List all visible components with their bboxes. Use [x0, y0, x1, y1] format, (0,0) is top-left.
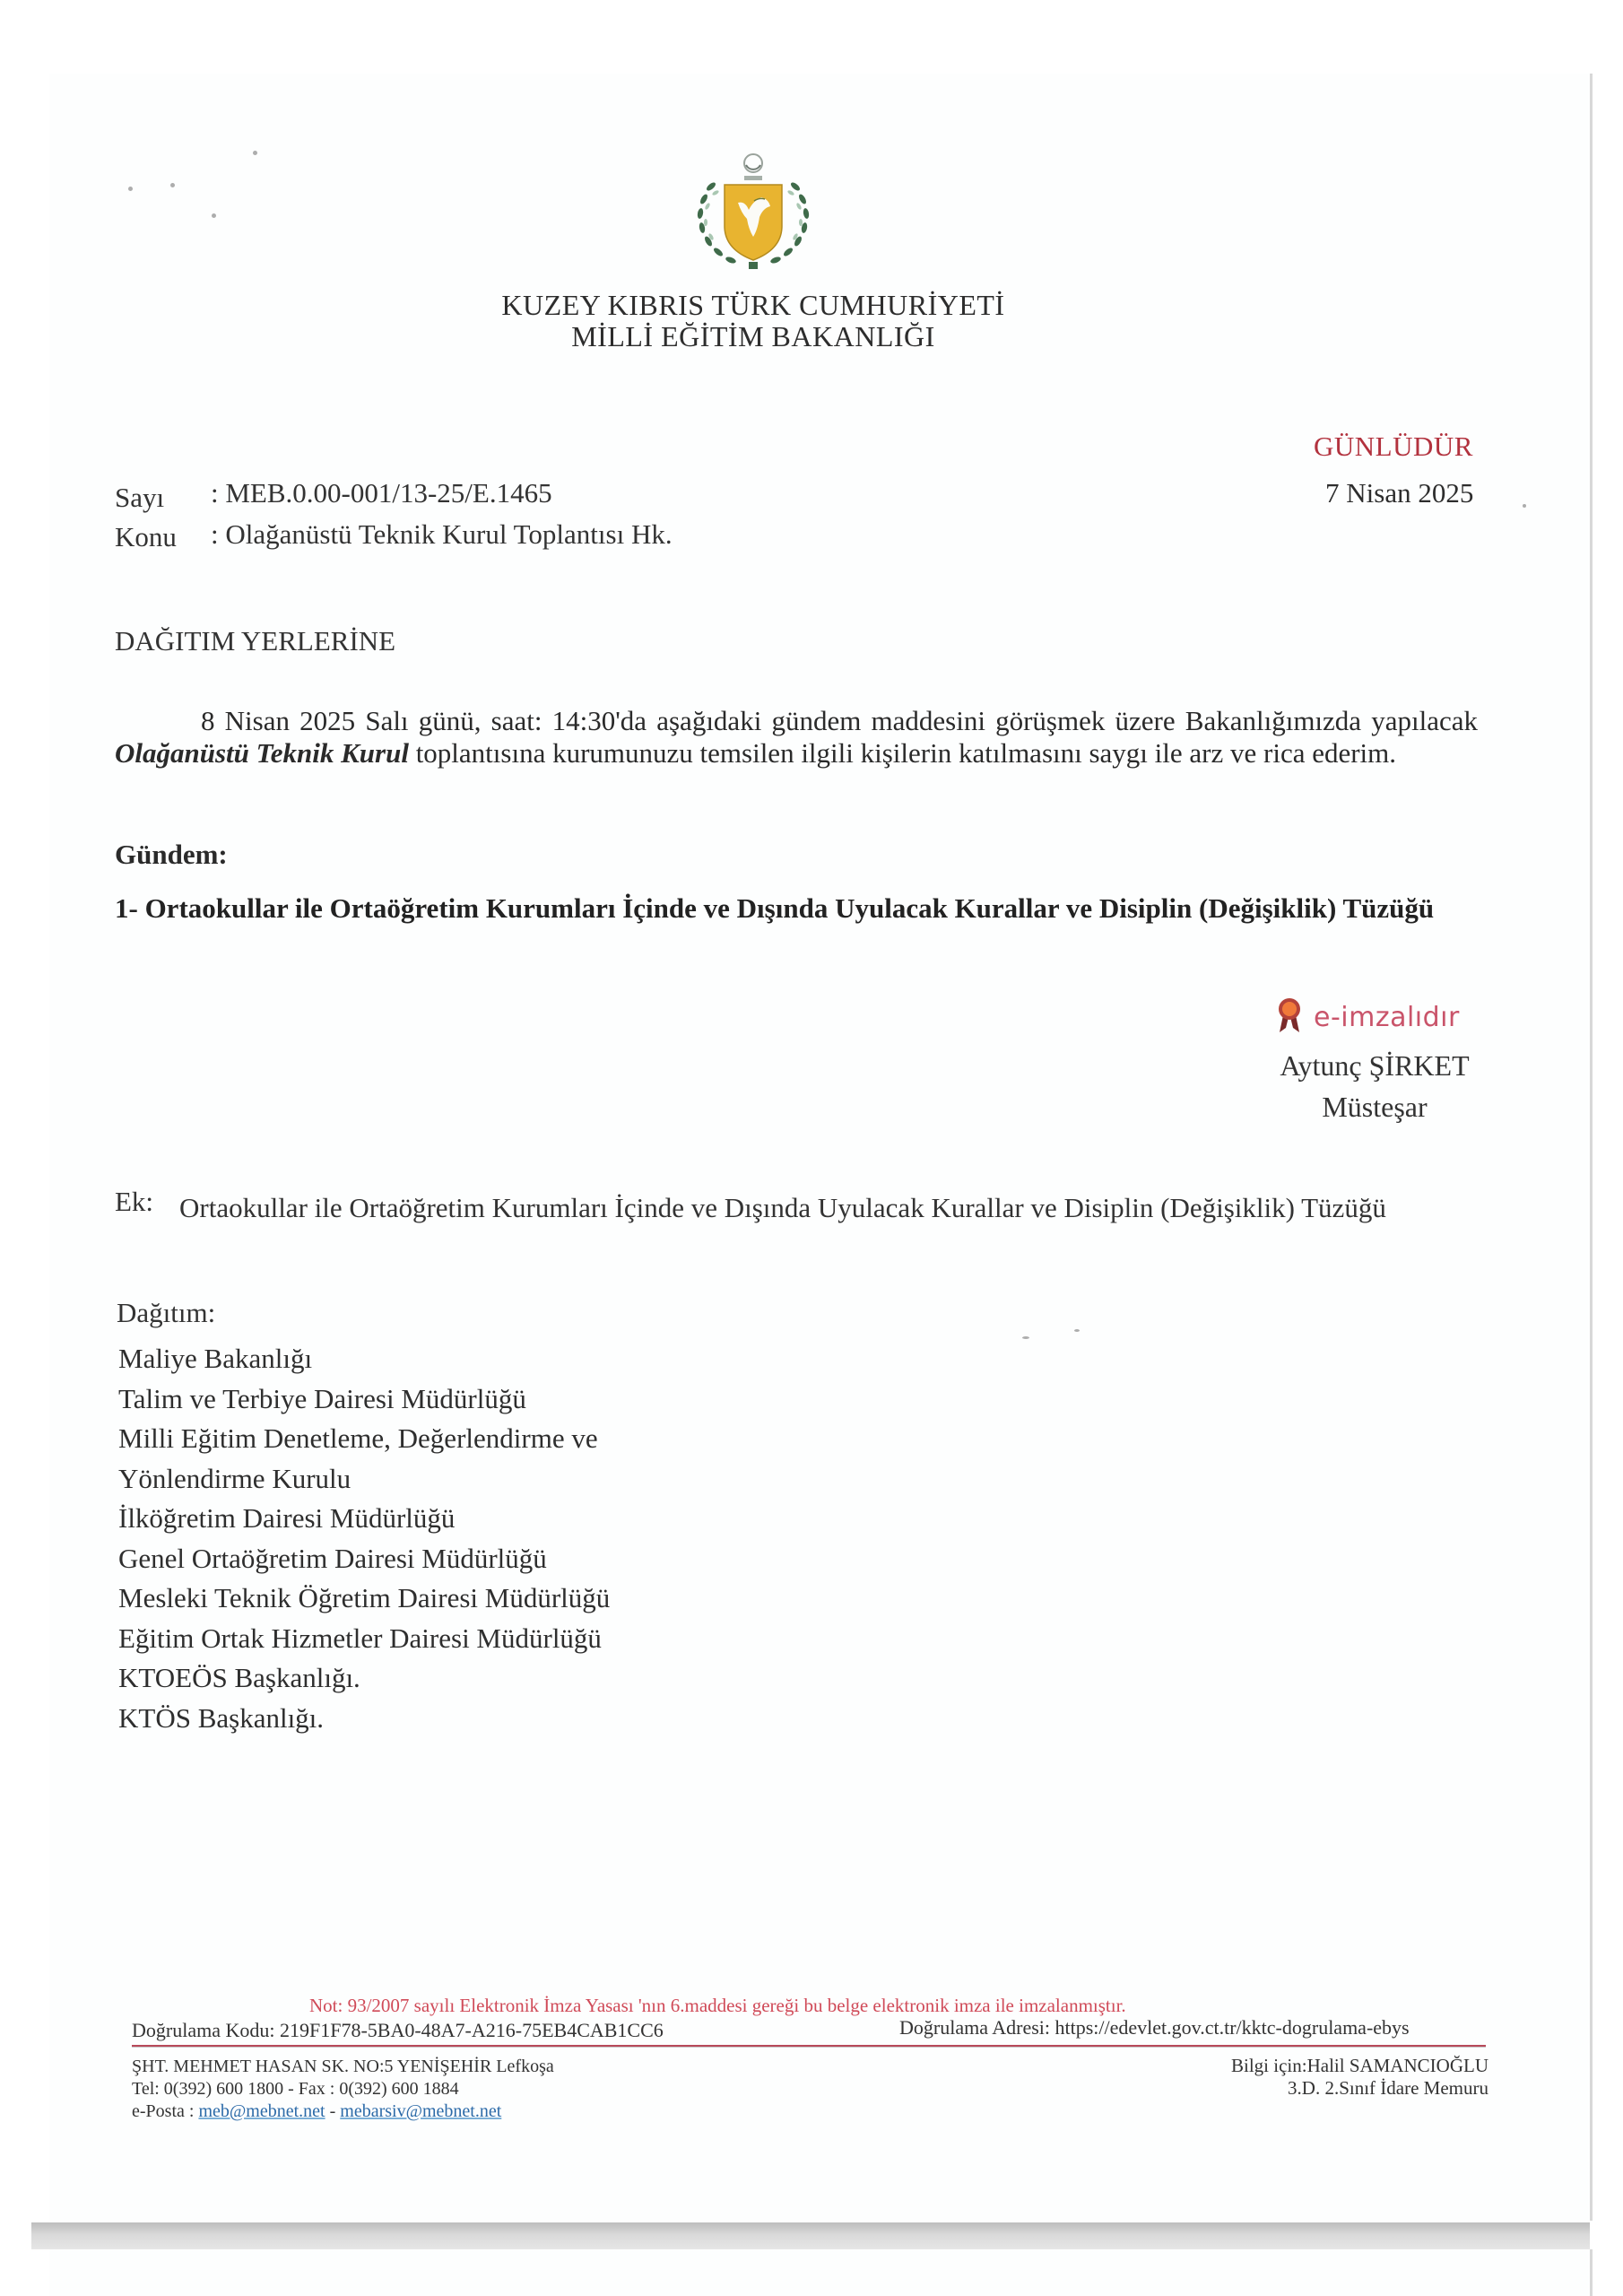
scan-speck [170, 183, 175, 187]
email-link-meb[interactable]: meb@mebnet.net [198, 2101, 325, 2121]
phone-fax: Tel: 0(392) 600 1800 - Fax : 0(392) 600 … [132, 2078, 554, 2100]
kktc-coat-of-arms-icon [686, 143, 820, 278]
agenda-heading: Gündem: [115, 839, 228, 871]
number-label: Sayı [115, 482, 164, 514]
document-subject: : Olağanüstü Teknik Kurul Toplantısı Hk. [211, 518, 673, 551]
document-date: 7 Nisan 2025 [1325, 477, 1473, 509]
distribution-item: Eğitim Ortak Hizmetler Dairesi Müdürlüğü [118, 1619, 610, 1659]
footer-divider [132, 2045, 1486, 2047]
e-signature-label: e-imzalıdır [1314, 1002, 1460, 1033]
info-contact: Bilgi için:Halil SAMANCIOĞLU [1130, 2055, 1488, 2077]
distribution-item: Talim ve Terbiye Dairesi Müdürlüğü [118, 1379, 610, 1420]
scan-speck [212, 213, 216, 218]
agenda-item: 1- Ortaokullar ile Ortaöğretim Kurumları… [115, 892, 1482, 925]
signer-title: Müsteşar [1271, 1091, 1478, 1124]
page-separator [31, 2222, 1590, 2249]
scan-speck [128, 187, 133, 191]
info-contact-block: Bilgi için:Halil SAMANCIOĞLU 3.D. 2.Sını… [1130, 2055, 1488, 2100]
scan-speck [1022, 1336, 1029, 1339]
verification-address: Doğrulama Adresi: https://edevlet.gov.ct… [899, 2016, 1410, 2039]
scan-speck [253, 151, 257, 155]
distribution-item: Maliye Bakanlığı [118, 1339, 610, 1379]
contact-block: ŞHT. MEHMET HASAN SK. NO:5 YENİŞEHİR Lef… [132, 2056, 554, 2123]
document-number: : MEB.0.00-001/13-25/E.1465 [211, 477, 552, 509]
e-signature-badge: e-imzalıdır [1278, 997, 1460, 1037]
email-line: e-Posta : meb@mebnet.net - mebarsiv@mebn… [132, 2100, 554, 2123]
scan-speck [1074, 1329, 1080, 1332]
distribution-item: Milli Eğitim Denetleme, Değerlendirme ve [118, 1419, 610, 1459]
body-paragraph: 8 Nisan 2025 Salı günü, saat: 14:30'da a… [115, 705, 1478, 770]
distribution-item: İlköğretim Dairesi Müdürlüğü [118, 1499, 610, 1539]
distribution-list: Maliye Bakanlığı Talim ve Terbiye Daires… [118, 1339, 610, 1738]
distribution-item: KTÖS Başkanlığı. [118, 1699, 610, 1739]
priority-stamp: GÜNLÜDÜR [1314, 430, 1473, 463]
attachment-label: Ek: [115, 1186, 153, 1218]
document-page [49, 74, 1593, 2221]
addressee: DAĞITIM YERLERİNE [115, 625, 395, 657]
rosette-seal-icon [1278, 997, 1301, 1038]
body-text-2: toplantısına kurumunuzu temsilen ilgili … [409, 737, 1396, 769]
signer-name: Aytunç ŞİRKET [1271, 1049, 1478, 1083]
distribution-heading: Dağıtım: [117, 1297, 215, 1329]
email-label: e-Posta : [132, 2101, 198, 2121]
distribution-item: KTOEÖS Başkanlığı. [118, 1658, 610, 1699]
subject-label: Konu [115, 521, 177, 553]
next-page-preview [49, 2249, 1593, 2296]
email-link-mebarsiv[interactable]: mebarsiv@mebnet.net [340, 2101, 501, 2121]
ministry-name: MİLLİ EĞİTİM BAKANLIĞI [0, 320, 1506, 353]
distribution-item: Yönlendirme Kurulu [118, 1459, 610, 1500]
e-signature-law-note: Not: 93/2007 sayılı Elektronik İmza Yasa… [309, 1995, 1126, 2017]
info-contact-title: 3.D. 2.Sınıf İdare Memuru [1130, 2077, 1488, 2100]
verification-code: Doğrulama Kodu: 219F1F78-5BA0-48A7-A216-… [132, 2019, 664, 2042]
postal-address: ŞHT. MEHMET HASAN SK. NO:5 YENİŞEHİR Lef… [132, 2056, 554, 2078]
email-separator: - [325, 2101, 341, 2121]
distribution-item: Mesleki Teknik Öğretim Dairesi Müdürlüğü [118, 1578, 610, 1619]
body-text-1: 8 Nisan 2025 Salı günü, saat: 14:30'da a… [201, 705, 1478, 736]
distribution-item: Genel Ortaöğretim Dairesi Müdürlüğü [118, 1539, 610, 1579]
country-name: KUZEY KIBRIS TÜRK CUMHURİYETİ [0, 289, 1506, 322]
scan-speck [1523, 504, 1526, 508]
body-emphasis: Olağanüstü Teknik Kurul [115, 737, 409, 769]
attachment-text: Ortaokullar ile Ortaöğretim Kurumları İç… [179, 1186, 1435, 1231]
